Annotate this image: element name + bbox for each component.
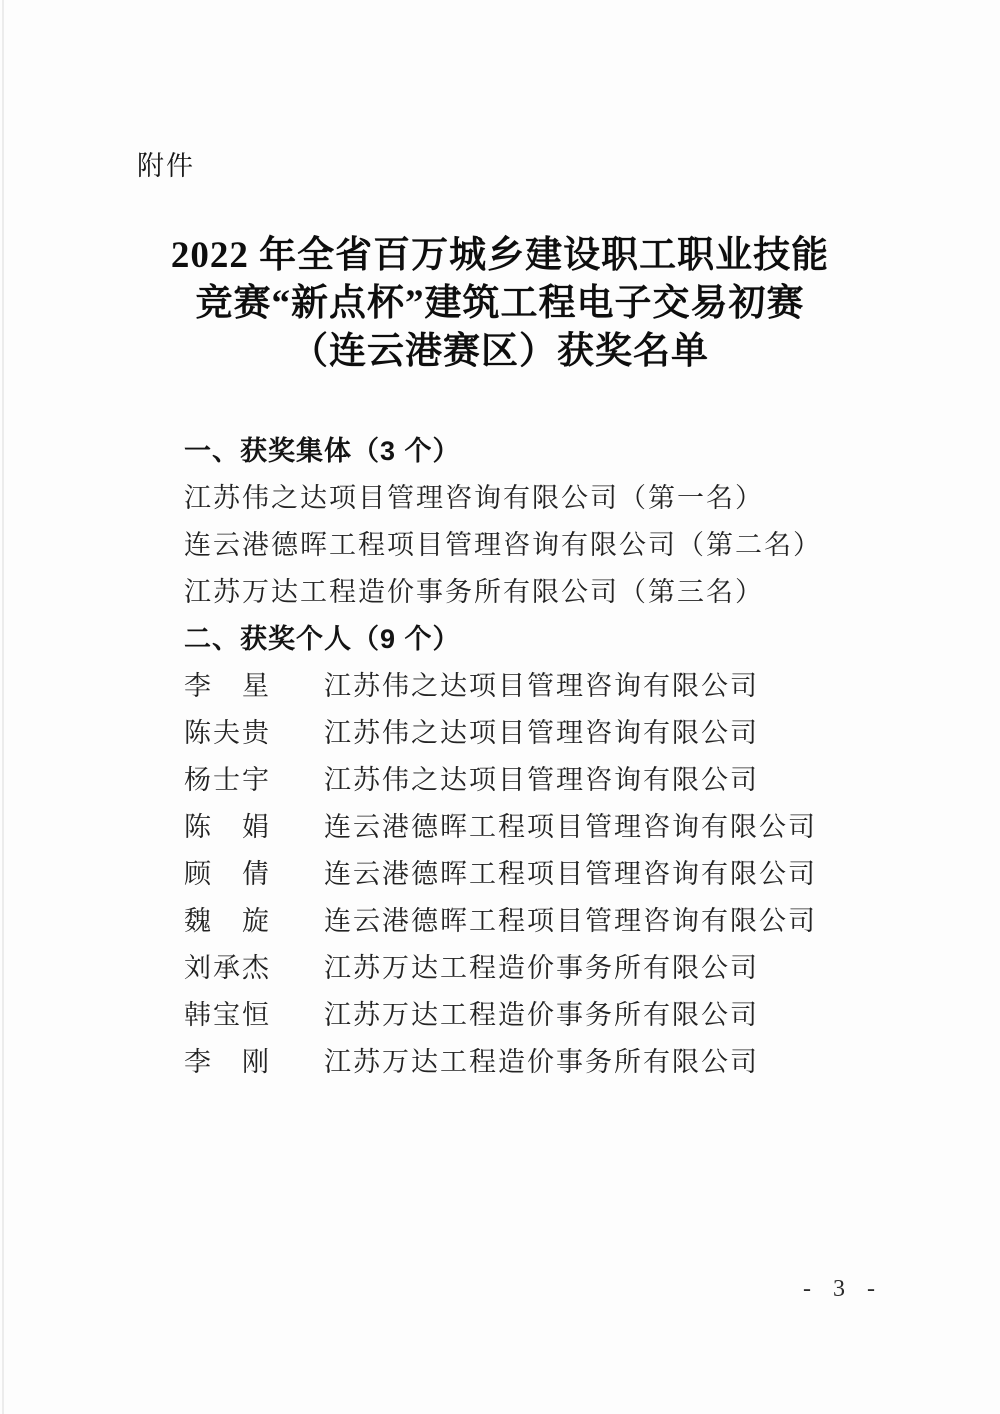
person-company: 江苏伟之达项目管理咨询有限公司: [324, 663, 759, 710]
person-row: 杨士宇 江苏伟之达项目管理咨询有限公司: [184, 757, 920, 804]
person-name: 李 刚: [184, 1039, 270, 1086]
section-heading-individual-awards: 二、获奖个人（9 个）: [184, 616, 920, 663]
scan-edge-artifact: [2, 0, 4, 1414]
person-name: 李 星: [184, 663, 270, 710]
person-name: 魏 旋: [184, 898, 270, 945]
person-name: 杨士宇: [184, 757, 270, 804]
person-row: 韩宝恒 江苏万达工程造价事务所有限公司: [184, 992, 920, 1039]
person-company: 江苏万达工程造价事务所有限公司: [324, 945, 759, 992]
person-company: 连云港德晖工程项目管理咨询有限公司: [324, 898, 817, 945]
title-line-1: 2022 年全省百万城乡建设职工职业技能: [0, 232, 1000, 280]
person-name: 韩宝恒: [184, 992, 270, 1039]
person-company: 江苏万达工程造价事务所有限公司: [324, 1039, 759, 1086]
person-row: 顾 倩 连云港德晖工程项目管理咨询有限公司: [184, 851, 920, 898]
person-company: 连云港德晖工程项目管理咨询有限公司: [324, 804, 817, 851]
document-title: 2022 年全省百万城乡建设职工职业技能 竞赛“新点杯”建筑工程电子交易初赛 （…: [0, 232, 1000, 376]
document-page: 附件 2022 年全省百万城乡建设职工职业技能 竞赛“新点杯”建筑工程电子交易初…: [0, 0, 1000, 1414]
person-name: 刘承杰: [184, 945, 270, 992]
title-line-2: 竞赛“新点杯”建筑工程电子交易初赛: [0, 280, 1000, 328]
person-row: 刘承杰 江苏万达工程造价事务所有限公司: [184, 945, 920, 992]
person-company: 江苏伟之达项目管理咨询有限公司: [324, 757, 759, 804]
document-body: 一、获奖集体（3 个） 江苏伟之达项目管理咨询有限公司（第一名） 连云港德晖工程…: [184, 428, 920, 1086]
person-company: 江苏伟之达项目管理咨询有限公司: [324, 710, 759, 757]
person-row: 陈 娟 连云港德晖工程项目管理咨询有限公司: [184, 804, 920, 851]
attachment-label: 附件: [137, 144, 195, 183]
section-heading-collective-awards: 一、获奖集体（3 个）: [184, 428, 920, 475]
person-row: 李 星 江苏伟之达项目管理咨询有限公司: [184, 663, 920, 710]
person-name: 陈 娟: [184, 804, 270, 851]
title-line-3: （连云港赛区）获奖名单: [0, 328, 1000, 376]
person-row: 李 刚 江苏万达工程造价事务所有限公司: [184, 1039, 920, 1086]
person-company: 江苏万达工程造价事务所有限公司: [324, 992, 759, 1039]
person-company: 连云港德晖工程项目管理咨询有限公司: [324, 851, 817, 898]
collective-award-item: 连云港德晖工程项目管理咨询有限公司（第二名）: [184, 522, 920, 569]
person-name: 陈夫贵: [184, 710, 270, 757]
page-number: - 3 -: [803, 1276, 883, 1303]
person-name: 顾 倩: [184, 851, 270, 898]
collective-award-item: 江苏万达工程造价事务所有限公司（第三名）: [184, 569, 920, 616]
person-row: 陈夫贵 江苏伟之达项目管理咨询有限公司: [184, 710, 920, 757]
person-row: 魏 旋 连云港德晖工程项目管理咨询有限公司: [184, 898, 920, 945]
collective-award-item: 江苏伟之达项目管理咨询有限公司（第一名）: [184, 475, 920, 522]
